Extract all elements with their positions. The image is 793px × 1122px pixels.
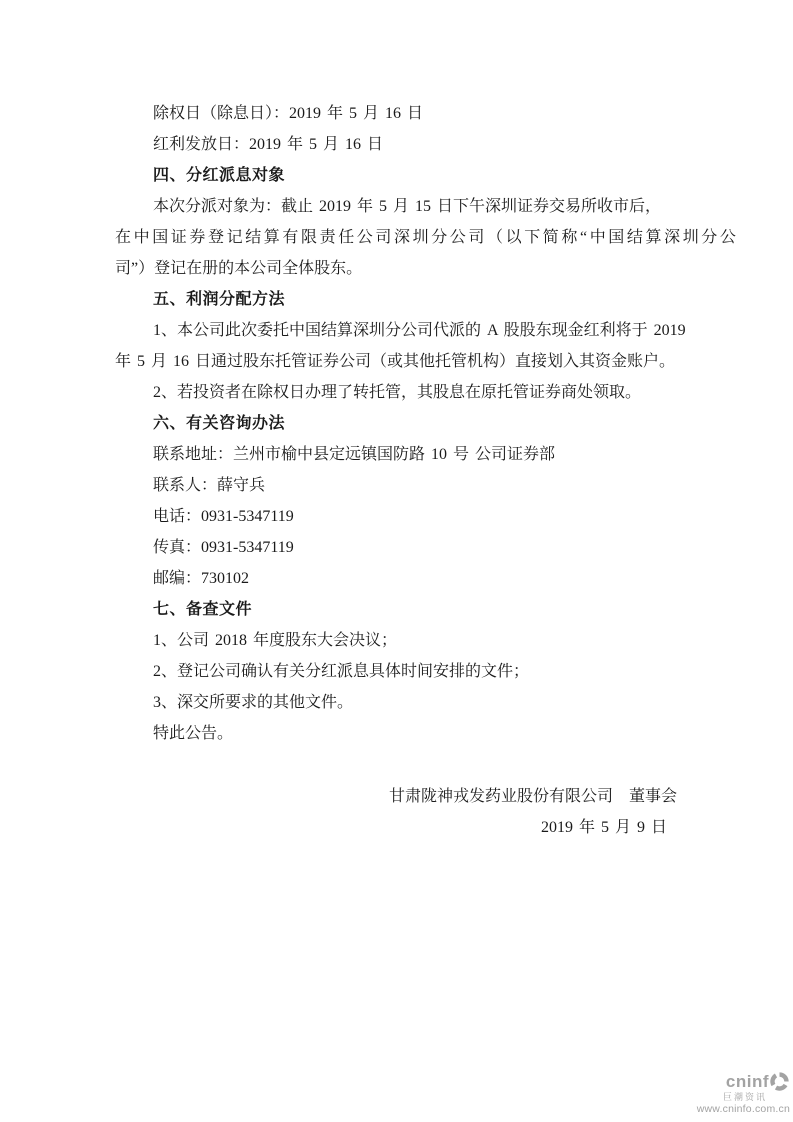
signature-date: 2019 年 5 月 9 日: [115, 812, 667, 843]
cninfo-subtitle: 巨潮资讯: [697, 1092, 767, 1103]
document-line: 年 5 月 16 日通过股东托管证券公司（或其他托管机构）直接划入其资金账户。: [115, 346, 677, 377]
document-line: 联系人：薛守兵: [115, 470, 677, 501]
document-line: 1、本公司此次委托中国结算深圳分公司代派的 A 股股东现金红利将于 2019: [115, 315, 677, 346]
document-body: 除权日（除息日）：2019 年 5 月 16 日红利发放日：2019 年 5 月…: [115, 98, 677, 749]
document-line: 本次分派对象为：截止 2019 年 5 月 15 日下午深圳证券交易所收市后，: [115, 191, 677, 222]
document-line: 2、若投资者在除权日办理了转托管，其股息在原托管证券商处领取。: [115, 377, 677, 408]
signature-block: 甘肃陇神戎发药业股份有限公司 董事会 2019 年 5 月 9 日: [115, 781, 677, 843]
cninfo-url: www.cninfo.com.cn: [697, 1103, 790, 1115]
cninfo-logo: cninf 巨潮资讯 www.cninfo.com.cn: [697, 1071, 790, 1115]
document-line: 1、公司 2018 年度股东大会决议；: [115, 625, 677, 656]
document-line: 联系地址：兰州市榆中县定远镇国防路 10 号 公司证券部: [115, 439, 677, 470]
document-line: 除权日（除息日）：2019 年 5 月 16 日: [115, 98, 677, 129]
document-line: 司”）登记在册的本公司全体股东。: [115, 253, 677, 284]
section-heading: 五、利润分配方法: [115, 284, 677, 315]
section-heading: 六、有关咨询办法: [115, 408, 677, 439]
document-line: 邮编：730102: [115, 563, 677, 594]
document-page: 除权日（除息日）：2019 年 5 月 16 日红利发放日：2019 年 5 月…: [0, 0, 793, 1122]
section-heading: 七、备查文件: [115, 594, 677, 625]
document-line: 3、深交所要求的其他文件。: [115, 687, 677, 718]
document-line: 特此公告。: [115, 718, 677, 749]
document-line: 电话：0931-5347119: [115, 501, 677, 532]
document-line: 2、登记公司确认有关分红派息具体时间安排的文件；: [115, 656, 677, 687]
document-line: 在中国证券登记结算有限责任公司深圳分公司（以下简称“中国结算深圳分公: [115, 222, 677, 253]
document-line: 红利发放日：2019 年 5 月 16 日: [115, 129, 677, 160]
section-heading: 四、分红派息对象: [115, 160, 677, 191]
signature-company: 甘肃陇神戎发药业股份有限公司 董事会: [115, 781, 677, 812]
cninfo-swirl-icon: [769, 1071, 790, 1092]
cninfo-brand-row: cninf: [697, 1071, 790, 1092]
cninfo-brand-text: cninf: [726, 1073, 769, 1090]
document-line: 传真：0931-5347119: [115, 532, 677, 563]
